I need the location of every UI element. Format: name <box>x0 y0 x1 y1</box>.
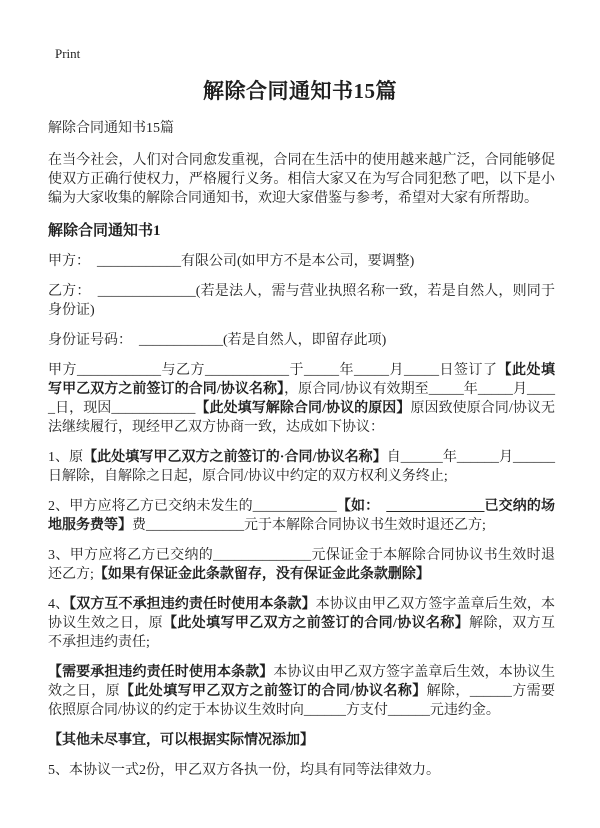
party-a-line: 甲方： ____________有限公司(如甲方不是本公司，要调整) <box>48 252 555 271</box>
doc-subtitle: 解除合同通知书15篇 <box>48 119 555 138</box>
document-body: 解除合同通知书15篇 在当今社会，人们对合同愈发重视，合同在生活中的使用越来越广… <box>0 119 600 780</box>
contract-background-paragraph: 甲方____________与乙方____________于_____年____… <box>48 361 555 437</box>
print-button[interactable]: Print <box>55 46 80 62</box>
id-number-line: 身份证号码： ____________(若是自然人，即留存此项) <box>48 331 555 350</box>
party-b-line: 乙方： ______________(若是法人，需与营业执照名称一致，若是自然人… <box>48 282 555 320</box>
clause-2: 2、甲方应将乙方已交纳未发生的____________【如： _________… <box>48 497 555 535</box>
page-title: 解除合同通知书15篇 <box>0 77 600 105</box>
clause-4: 4、【双方互不承担违约责任时使用本条款】本协议由甲乙双方签字盖章后生效，本协议生… <box>48 595 555 652</box>
intro-paragraph: 在当今社会，人们对合同愈发重视，合同在生活中的使用越来越广泛，合同能够促使双方正… <box>48 151 555 208</box>
section-heading-notice-1: 解除合同通知书1 <box>48 222 555 241</box>
other-matters-note: 【其他未尽事宜，可以根据实际情况添加】 <box>48 731 555 750</box>
clause-5: 5、本协议一式2份，甲乙双方各执一份，均具有同等法律效力。 <box>48 761 555 780</box>
clause-1: 1、原【此处填写甲乙双方之前签订的·合同/协议名称】自______年______… <box>48 448 555 486</box>
liability-clause-paragraph: 【需要承担违约责任时使用本条款】本协议由甲乙双方签字盖章后生效，本协议生效之日，… <box>48 663 555 720</box>
clause-3: 3、甲方应将乙方已交纳的______________元保证金于本解除合同协议书生… <box>48 546 555 584</box>
document-page: Print 解除合同通知书15篇 解除合同通知书15篇 在当今社会，人们对合同愈… <box>0 0 600 828</box>
